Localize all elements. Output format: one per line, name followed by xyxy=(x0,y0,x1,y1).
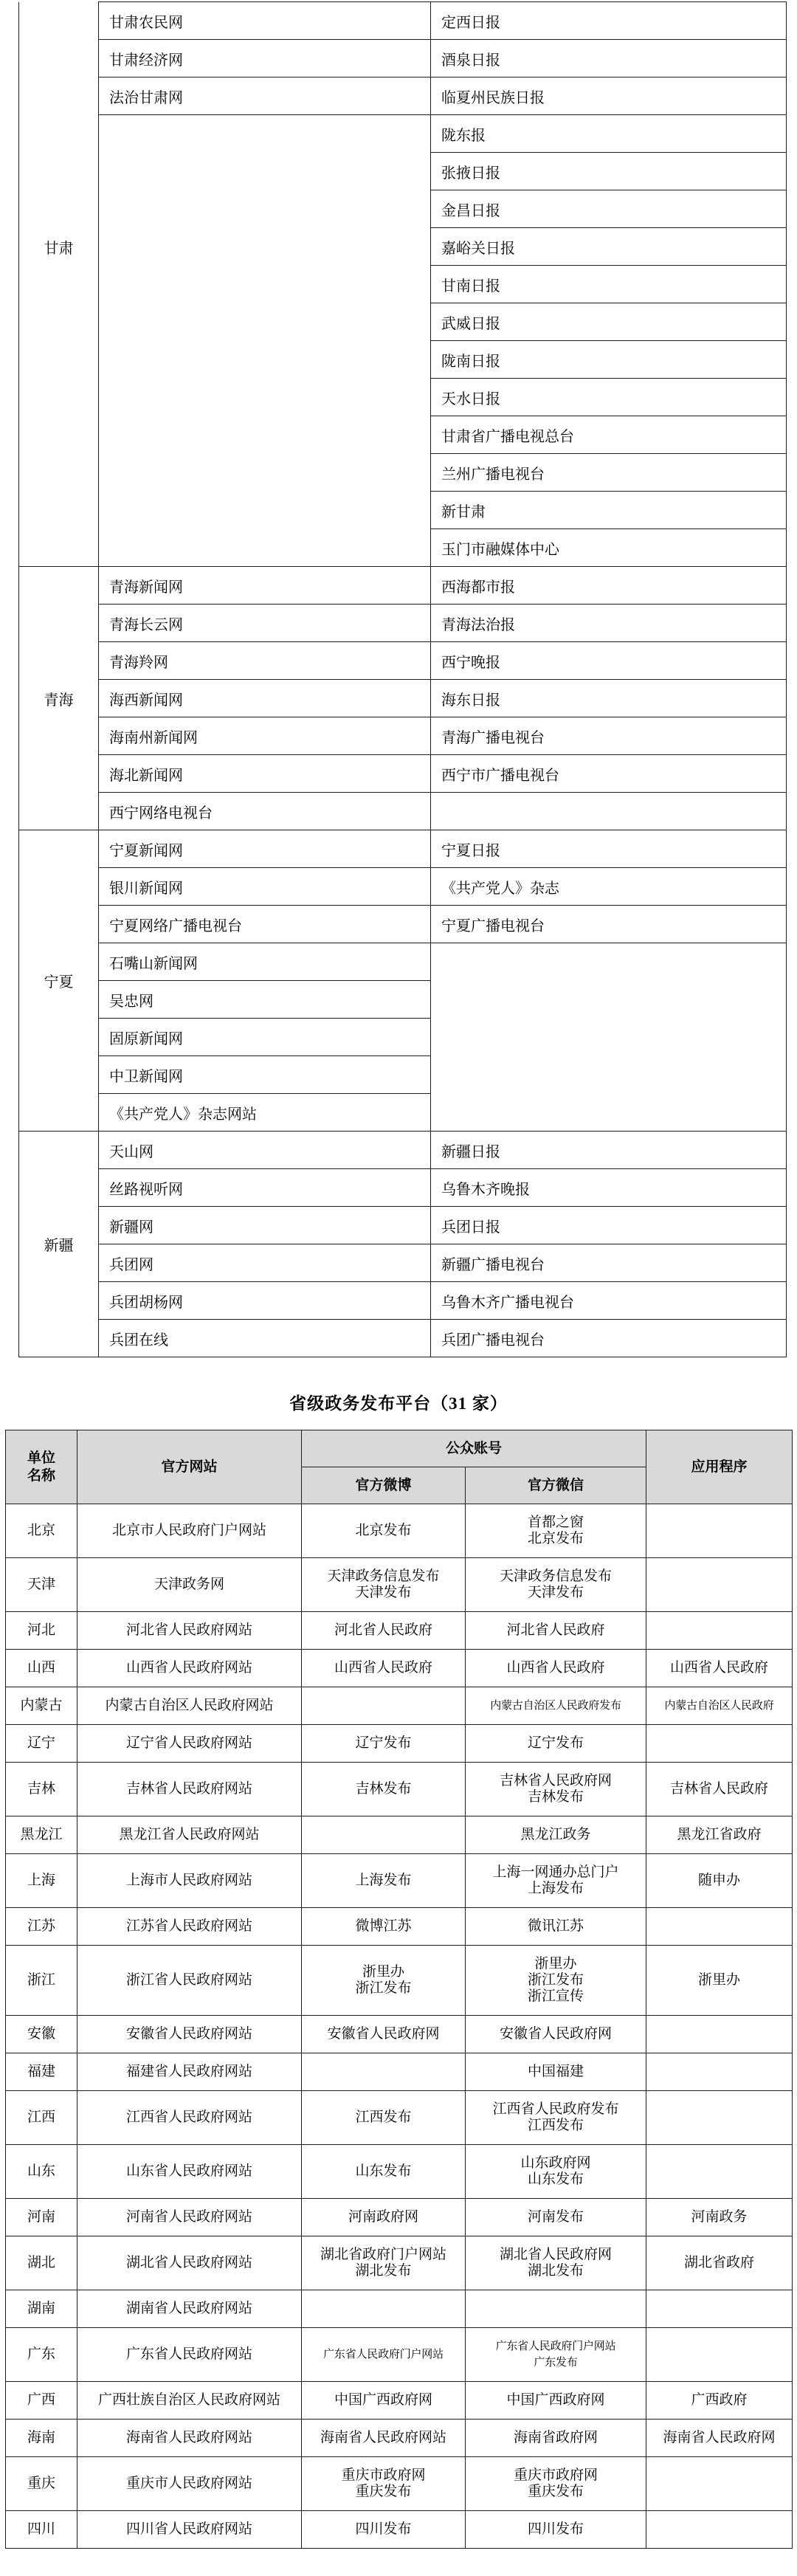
app-cell xyxy=(646,2511,793,2549)
media-outlet-cell: 兵团广播电视台 xyxy=(431,1320,787,1357)
platform-table-row: 湖南湖南省人民政府网站 xyxy=(6,2290,793,2328)
weibo-cell xyxy=(302,1816,466,1854)
unit-cell: 山东 xyxy=(6,2145,77,2199)
app-cell: 广西政府 xyxy=(646,2382,793,2420)
media-website-cell: 兵团在线 xyxy=(99,1320,431,1357)
media-website-cell: 中卫新闻网 xyxy=(99,1056,431,1094)
media-website-cell: 新疆网 xyxy=(99,1207,431,1244)
weibo-cell: 北京发布 xyxy=(302,1504,466,1558)
gov-website-cell: 江苏省人民政府网站 xyxy=(77,1908,302,1946)
unit-cell: 吉林 xyxy=(6,1763,77,1816)
wechat-cell: 中国福建 xyxy=(466,2053,646,2091)
platform-table-row: 海南海南省人民政府网站海南省人民政府网站海南省政府网海南省人民政府网 xyxy=(6,2420,793,2457)
wechat-cell: 浙里办 浙江发布 浙江宣传 xyxy=(466,1946,646,2016)
unit-cell: 浙江 xyxy=(6,1946,77,2016)
gov-website-cell: 山东省人民政府网站 xyxy=(77,2145,302,2199)
weibo-cell: 微博江苏 xyxy=(302,1908,466,1946)
gov-website-cell: 湖南省人民政府网站 xyxy=(77,2290,302,2328)
media-outlet-cell: 嘉峪关日报 xyxy=(431,228,787,266)
platform-table-row: 山东山东省人民政府网站山东发布山东政府网 山东发布 xyxy=(6,2145,793,2199)
media-website-cell: 海南州新闻网 xyxy=(99,717,431,755)
platform-table-row: 福建福建省人民政府网站中国福建 xyxy=(6,2053,793,2091)
media-website-cell: 宁夏网络广播电视台 xyxy=(99,906,431,943)
media-outlet-cell: 天水日报 xyxy=(431,379,787,416)
weibo-cell: 河北省人民政府 xyxy=(302,1612,466,1650)
media-outlet-cell: 青海广播电视台 xyxy=(431,717,787,755)
wechat-cell: 山东政府网 山东发布 xyxy=(466,2145,646,2199)
media-table-body: 甘肃甘肃农民网定西日报甘肃经济网酒泉日报法治甘肃网临夏州民族日报陇东报张掖日报金… xyxy=(19,2,787,1357)
gov-website-cell: 北京市人民政府门户网站 xyxy=(77,1504,302,1558)
gov-website-cell: 辽宁省人民政府网站 xyxy=(77,1725,302,1763)
media-website-cell: 西宁网络电视台 xyxy=(99,793,431,830)
weibo-cell: 吉林发布 xyxy=(302,1763,466,1816)
gov-website-cell: 广东省人民政府网站 xyxy=(77,2328,302,2382)
media-website-cell: 甘肃农民网 xyxy=(99,2,431,40)
app-cell xyxy=(646,2016,793,2053)
platform-table-row: 河北河北省人民政府网站河北省人民政府河北省人民政府 xyxy=(6,1612,793,1650)
media-outlet-cell: 新甘肃 xyxy=(431,492,787,529)
media-table-row: 青海青海新闻网西海都市报 xyxy=(19,567,787,605)
weibo-cell: 上海发布 xyxy=(302,1854,466,1908)
weibo-cell: 天津政务信息发布 天津发布 xyxy=(302,1558,466,1612)
app-cell: 吉林省人民政府 xyxy=(646,1763,793,1816)
media-outlet-cell: 西宁市广播电视台 xyxy=(431,755,787,793)
unit-cell: 河南 xyxy=(6,2199,77,2236)
app-cell: 山西省人民政府 xyxy=(646,1650,793,1687)
wechat-cell: 广东省人民政府门户网站 广东发布 xyxy=(466,2328,646,2382)
media-table-row: 丝路视听网乌鲁木齐晚报 xyxy=(19,1169,787,1207)
media-website-cell xyxy=(99,115,431,567)
media-outlet-cell: 兰州广播电视台 xyxy=(431,454,787,492)
gov-website-cell: 湖北省人民政府网站 xyxy=(77,2236,302,2290)
app-cell xyxy=(646,2053,793,2091)
wechat-cell: 四川发布 xyxy=(466,2511,646,2549)
media-table-row: 青海羚网西宁晚报 xyxy=(19,642,787,680)
platform-table-row: 北京北京市人民政府门户网站北京发布首都之窗 北京发布 xyxy=(6,1504,793,1558)
gov-website-cell: 江西省人民政府网站 xyxy=(77,2091,302,2145)
media-outlet-cell: 定西日报 xyxy=(431,2,787,40)
app-cell xyxy=(646,2290,793,2328)
unit-cell: 安徽 xyxy=(6,2016,77,2053)
media-outlet-cell: 宁夏日报 xyxy=(431,830,787,868)
wechat-cell: 河南发布 xyxy=(466,2199,646,2236)
weibo-cell: 中国广西政府网 xyxy=(302,2382,466,2420)
wechat-cell: 重庆市政府网 重庆发布 xyxy=(466,2457,646,2511)
unit-cell: 江西 xyxy=(6,2091,77,2145)
media-table-row: 海北新闻网西宁市广播电视台 xyxy=(19,755,787,793)
media-website-cell: 青海新闻网 xyxy=(99,567,431,605)
media-outlet-cell: 张掖日报 xyxy=(431,153,787,190)
media-outlet-cell: 金昌日报 xyxy=(431,190,787,228)
header-unit-name: 单位 名称 xyxy=(6,1430,77,1504)
unit-cell: 辽宁 xyxy=(6,1725,77,1763)
header-public-accounts: 公众账号 xyxy=(302,1430,646,1467)
wechat-cell: 吉林省人民政府网 吉林发布 xyxy=(466,1763,646,1816)
media-outlet-cell: 新疆日报 xyxy=(431,1132,787,1169)
app-cell xyxy=(646,2328,793,2382)
header-row-1: 单位 名称 官方网站 公众账号 应用程序 xyxy=(6,1430,793,1467)
media-table-row: 甘肃经济网酒泉日报 xyxy=(19,40,787,78)
unit-cell: 内蒙古 xyxy=(6,1687,77,1725)
gov-website-cell: 福建省人民政府网站 xyxy=(77,2053,302,2091)
platform-table-row: 浙江浙江省人民政府网站浙里办 浙江发布浙里办 浙江发布 浙江宣传浙里办 xyxy=(6,1946,793,2016)
media-outlet-cell: 酒泉日报 xyxy=(431,40,787,78)
media-table-row: 新疆网兵团日报 xyxy=(19,1207,787,1244)
gov-website-cell: 四川省人民政府网站 xyxy=(77,2511,302,2549)
weibo-cell: 海南省人民政府网站 xyxy=(302,2420,466,2457)
media-outlet-cell: 新疆广播电视台 xyxy=(431,1244,787,1282)
gov-website-cell: 河北省人民政府网站 xyxy=(77,1612,302,1650)
media-website-cell: 兵团胡杨网 xyxy=(99,1282,431,1320)
unit-cell: 江苏 xyxy=(6,1908,77,1946)
media-table-row: 兵团网新疆广播电视台 xyxy=(19,1244,787,1282)
media-website-cell: 兵团网 xyxy=(99,1244,431,1282)
media-outlets-table: 甘肃甘肃农民网定西日报甘肃经济网酒泉日报法治甘肃网临夏州民族日报陇东报张掖日报金… xyxy=(18,1,787,1357)
weibo-cell: 辽宁发布 xyxy=(302,1725,466,1763)
weibo-cell: 四川发布 xyxy=(302,2511,466,2549)
platform-table-body: 北京北京市人民政府门户网站北京发布首都之窗 北京发布天津天津政务网天津政务信息发… xyxy=(6,1504,793,2549)
wechat-cell: 上海一网通办总门户 上海发布 xyxy=(466,1854,646,1908)
app-cell xyxy=(646,1504,793,1558)
wechat-cell: 微讯江苏 xyxy=(466,1908,646,1946)
weibo-cell: 山东发布 xyxy=(302,2145,466,2199)
media-outlet-cell: 玉门市融媒体中心 xyxy=(431,529,787,567)
gov-website-cell: 内蒙古自治区人民政府网站 xyxy=(77,1687,302,1725)
media-outlet-cell: 青海法治报 xyxy=(431,605,787,642)
media-table-row: 陇东报 xyxy=(19,115,787,153)
unit-cell: 河北 xyxy=(6,1612,77,1650)
header-app: 应用程序 xyxy=(646,1430,793,1504)
platform-table-title: 省级政务发布平台（31 家） xyxy=(5,1390,792,1414)
gov-website-cell: 上海市人民政府网站 xyxy=(77,1854,302,1908)
weibo-cell: 重庆市政府网 重庆发布 xyxy=(302,2457,466,2511)
media-website-cell: 天山网 xyxy=(99,1132,431,1169)
app-cell xyxy=(646,2145,793,2199)
media-website-cell: 吴忠网 xyxy=(99,981,431,1019)
province-cell: 新疆 xyxy=(19,1132,99,1357)
media-website-cell: 海西新闻网 xyxy=(99,680,431,717)
media-outlet-cell: 甘南日报 xyxy=(431,266,787,303)
wechat-cell: 内蒙古自治区人民政府发布 xyxy=(466,1687,646,1725)
unit-cell: 福建 xyxy=(6,2053,77,2091)
unit-cell: 广东 xyxy=(6,2328,77,2382)
platform-table-row: 广东广东省人民政府网站广东省人民政府门户网站广东省人民政府门户网站 广东发布 xyxy=(6,2328,793,2382)
media-outlet-cell: 乌鲁木齐广播电视台 xyxy=(431,1282,787,1320)
platform-table-row: 辽宁辽宁省人民政府网站辽宁发布辽宁发布 xyxy=(6,1725,793,1763)
media-table-row: 甘肃甘肃农民网定西日报 xyxy=(19,2,787,40)
app-cell xyxy=(646,2091,793,2145)
media-website-cell: 丝路视听网 xyxy=(99,1169,431,1207)
media-table-row: 石嘴山新闻网 xyxy=(19,943,787,981)
media-table-row: 兵团胡杨网乌鲁木齐广播电视台 xyxy=(19,1282,787,1320)
header-wechat: 官方微信 xyxy=(466,1467,646,1504)
province-cell: 宁夏 xyxy=(19,830,99,1132)
media-outlet-cell: 西海都市报 xyxy=(431,567,787,605)
unit-cell: 湖北 xyxy=(6,2236,77,2290)
unit-cell: 天津 xyxy=(6,1558,77,1612)
gov-website-cell: 重庆市人民政府网站 xyxy=(77,2457,302,2511)
platform-table-row: 广西广西壮族自治区人民政府网站中国广西政府网中国广西政府网广西政府 xyxy=(6,2382,793,2420)
media-outlet-cell: 西宁晚报 xyxy=(431,642,787,680)
media-outlet-cell: 兵团日报 xyxy=(431,1207,787,1244)
media-outlet-cell: 临夏州民族日报 xyxy=(431,78,787,115)
weibo-cell: 广东省人民政府门户网站 xyxy=(302,2328,466,2382)
document-page: { "colors": { "header_bg": "#d9d9d9", "b… xyxy=(0,0,797,2576)
weibo-cell: 河南政府网 xyxy=(302,2199,466,2236)
app-cell xyxy=(646,1558,793,1612)
media-table-row: 银川新闻网《共产党人》杂志 xyxy=(19,868,787,906)
app-cell: 河南政务 xyxy=(646,2199,793,2236)
app-cell: 内蒙古自治区人民政府 xyxy=(646,1687,793,1725)
platform-table-row: 江西江西省人民政府网站江西发布江西省人民政府发布 江西发布 xyxy=(6,2091,793,2145)
wechat-cell xyxy=(466,2290,646,2328)
media-website-cell: 甘肃经济网 xyxy=(99,40,431,78)
media-outlet-cell: 乌鲁木齐晚报 xyxy=(431,1169,787,1207)
media-table-row: 海南州新闻网青海广播电视台 xyxy=(19,717,787,755)
media-website-cell: 《共产党人》杂志网站 xyxy=(99,1094,431,1132)
media-table-row: 兵团在线兵团广播电视台 xyxy=(19,1320,787,1357)
media-outlet-cell: 陇东报 xyxy=(431,115,787,153)
platform-table-row: 黑龙江黑龙江省人民政府网站黑龙江政务黑龙江省政府 xyxy=(6,1816,793,1854)
wechat-cell: 安徽省人民政府网 xyxy=(466,2016,646,2053)
unit-cell: 黑龙江 xyxy=(6,1816,77,1854)
media-table-row: 西宁网络电视台 xyxy=(19,793,787,830)
platform-table-row: 山西山西省人民政府网站山西省人民政府山西省人民政府山西省人民政府 xyxy=(6,1650,793,1687)
media-table-row: 法治甘肃网临夏州民族日报 xyxy=(19,78,787,115)
wechat-cell: 首都之窗 北京发布 xyxy=(466,1504,646,1558)
media-outlet-cell: 宁夏广播电视台 xyxy=(431,906,787,943)
platform-table-row: 安徽安徽省人民政府网站安徽省人民政府网安徽省人民政府网 xyxy=(6,2016,793,2053)
media-outlet-cell: 武威日报 xyxy=(431,303,787,341)
app-cell xyxy=(646,1725,793,1763)
app-cell: 湖北省政府 xyxy=(646,2236,793,2290)
province-cell: 青海 xyxy=(19,567,99,830)
weibo-cell: 安徽省人民政府网 xyxy=(302,2016,466,2053)
unit-cell: 重庆 xyxy=(6,2457,77,2511)
gov-website-cell: 安徽省人民政府网站 xyxy=(77,2016,302,2053)
platform-table-header: 单位 名称 官方网站 公众账号 应用程序 官方微博 官方微信 xyxy=(6,1430,793,1504)
app-cell: 随申办 xyxy=(646,1854,793,1908)
platform-table-row: 湖北湖北省人民政府网站湖北省政府门户网站 湖北发布湖北省人民政府网 湖北发布湖北… xyxy=(6,2236,793,2290)
unit-cell: 海南 xyxy=(6,2420,77,2457)
gov-website-cell: 广西壮族自治区人民政府网站 xyxy=(77,2382,302,2420)
platform-table-row: 重庆重庆市人民政府网站重庆市政府网 重庆发布重庆市政府网 重庆发布 xyxy=(6,2457,793,2511)
weibo-cell: 山西省人民政府 xyxy=(302,1650,466,1687)
wechat-cell: 海南省政府网 xyxy=(466,2420,646,2457)
weibo-cell: 江西发布 xyxy=(302,2091,466,2145)
platform-table-row: 江苏江苏省人民政府网站微博江苏微讯江苏 xyxy=(6,1908,793,1946)
platform-table-row: 四川四川省人民政府网站四川发布四川发布 xyxy=(6,2511,793,2549)
weibo-cell xyxy=(302,1687,466,1725)
wechat-cell: 中国广西政府网 xyxy=(466,2382,646,2420)
app-cell: 海南省人民政府网 xyxy=(646,2420,793,2457)
wechat-cell: 山西省人民政府 xyxy=(466,1650,646,1687)
media-website-cell: 石嘴山新闻网 xyxy=(99,943,431,981)
platform-table-row: 吉林吉林省人民政府网站吉林发布吉林省人民政府网 吉林发布吉林省人民政府 xyxy=(6,1763,793,1816)
unit-cell: 北京 xyxy=(6,1504,77,1558)
media-outlet-cell: 海东日报 xyxy=(431,680,787,717)
weibo-cell xyxy=(302,2053,466,2091)
platform-table-row: 河南河南省人民政府网站河南政府网河南发布河南政务 xyxy=(6,2199,793,2236)
media-table-row: 宁夏宁夏新闻网宁夏日报 xyxy=(19,830,787,868)
media-website-cell: 固原新闻网 xyxy=(99,1019,431,1056)
media-website-cell: 海北新闻网 xyxy=(99,755,431,793)
gov-website-cell: 吉林省人民政府网站 xyxy=(77,1763,302,1816)
media-outlet-cell: 陇南日报 xyxy=(431,341,787,379)
app-cell: 黑龙江省政府 xyxy=(646,1816,793,1854)
gov-website-cell: 黑龙江省人民政府网站 xyxy=(77,1816,302,1854)
media-website-cell: 青海长云网 xyxy=(99,605,431,642)
wechat-cell: 黑龙江政务 xyxy=(466,1816,646,1854)
media-outlet-cell: 《共产党人》杂志 xyxy=(431,868,787,906)
media-table-row: 海西新闻网海东日报 xyxy=(19,680,787,717)
app-cell xyxy=(646,1908,793,1946)
media-table-row: 新疆天山网新疆日报 xyxy=(19,1132,787,1169)
gov-website-cell: 山西省人民政府网站 xyxy=(77,1650,302,1687)
weibo-cell: 湖北省政府门户网站 湖北发布 xyxy=(302,2236,466,2290)
wechat-cell: 江西省人民政府发布 江西发布 xyxy=(466,2091,646,2145)
unit-cell: 广西 xyxy=(6,2382,77,2420)
wechat-cell: 天津政务信息发布 天津发布 xyxy=(466,1558,646,1612)
weibo-cell: 浙里办 浙江发布 xyxy=(302,1946,466,2016)
media-outlet-cell xyxy=(431,943,787,1132)
gov-website-cell: 海南省人民政府网站 xyxy=(77,2420,302,2457)
unit-cell: 上海 xyxy=(6,1854,77,1908)
gov-website-cell: 天津政务网 xyxy=(77,1558,302,1612)
platform-table-row: 天津天津政务网天津政务信息发布 天津发布天津政务信息发布 天津发布 xyxy=(6,1558,793,1612)
province-cell: 甘肃 xyxy=(19,2,99,567)
media-outlet-cell xyxy=(431,793,787,830)
media-website-cell: 银川新闻网 xyxy=(99,868,431,906)
app-cell xyxy=(646,2457,793,2511)
header-official-website: 官方网站 xyxy=(77,1430,302,1504)
wechat-cell: 河北省人民政府 xyxy=(466,1612,646,1650)
unit-cell: 四川 xyxy=(6,2511,77,2549)
app-cell: 浙里办 xyxy=(646,1946,793,2016)
unit-cell: 湖南 xyxy=(6,2290,77,2328)
media-website-cell: 宁夏新闻网 xyxy=(99,830,431,868)
app-cell xyxy=(646,1612,793,1650)
media-website-cell: 青海羚网 xyxy=(99,642,431,680)
media-table-row: 青海长云网青海法治报 xyxy=(19,605,787,642)
gov-website-cell: 河南省人民政府网站 xyxy=(77,2199,302,2236)
wechat-cell: 湖北省人民政府网 湖北发布 xyxy=(466,2236,646,2290)
header-weibo: 官方微博 xyxy=(302,1467,466,1504)
unit-cell: 山西 xyxy=(6,1650,77,1687)
media-website-cell: 法治甘肃网 xyxy=(99,78,431,115)
wechat-cell: 辽宁发布 xyxy=(466,1725,646,1763)
platform-table-row: 上海上海市人民政府网站上海发布上海一网通办总门户 上海发布随申办 xyxy=(6,1854,793,1908)
media-table-row: 宁夏网络广播电视台宁夏广播电视台 xyxy=(19,906,787,943)
gov-website-cell: 浙江省人民政府网站 xyxy=(77,1946,302,2016)
platform-table: 单位 名称 官方网站 公众账号 应用程序 官方微博 官方微信 北京北京市人民政府… xyxy=(5,1430,793,2549)
media-outlet-cell: 甘肃省广播电视总台 xyxy=(431,416,787,454)
weibo-cell xyxy=(302,2290,466,2328)
platform-table-row: 内蒙古内蒙古自治区人民政府网站内蒙古自治区人民政府发布内蒙古自治区人民政府 xyxy=(6,1687,793,1725)
